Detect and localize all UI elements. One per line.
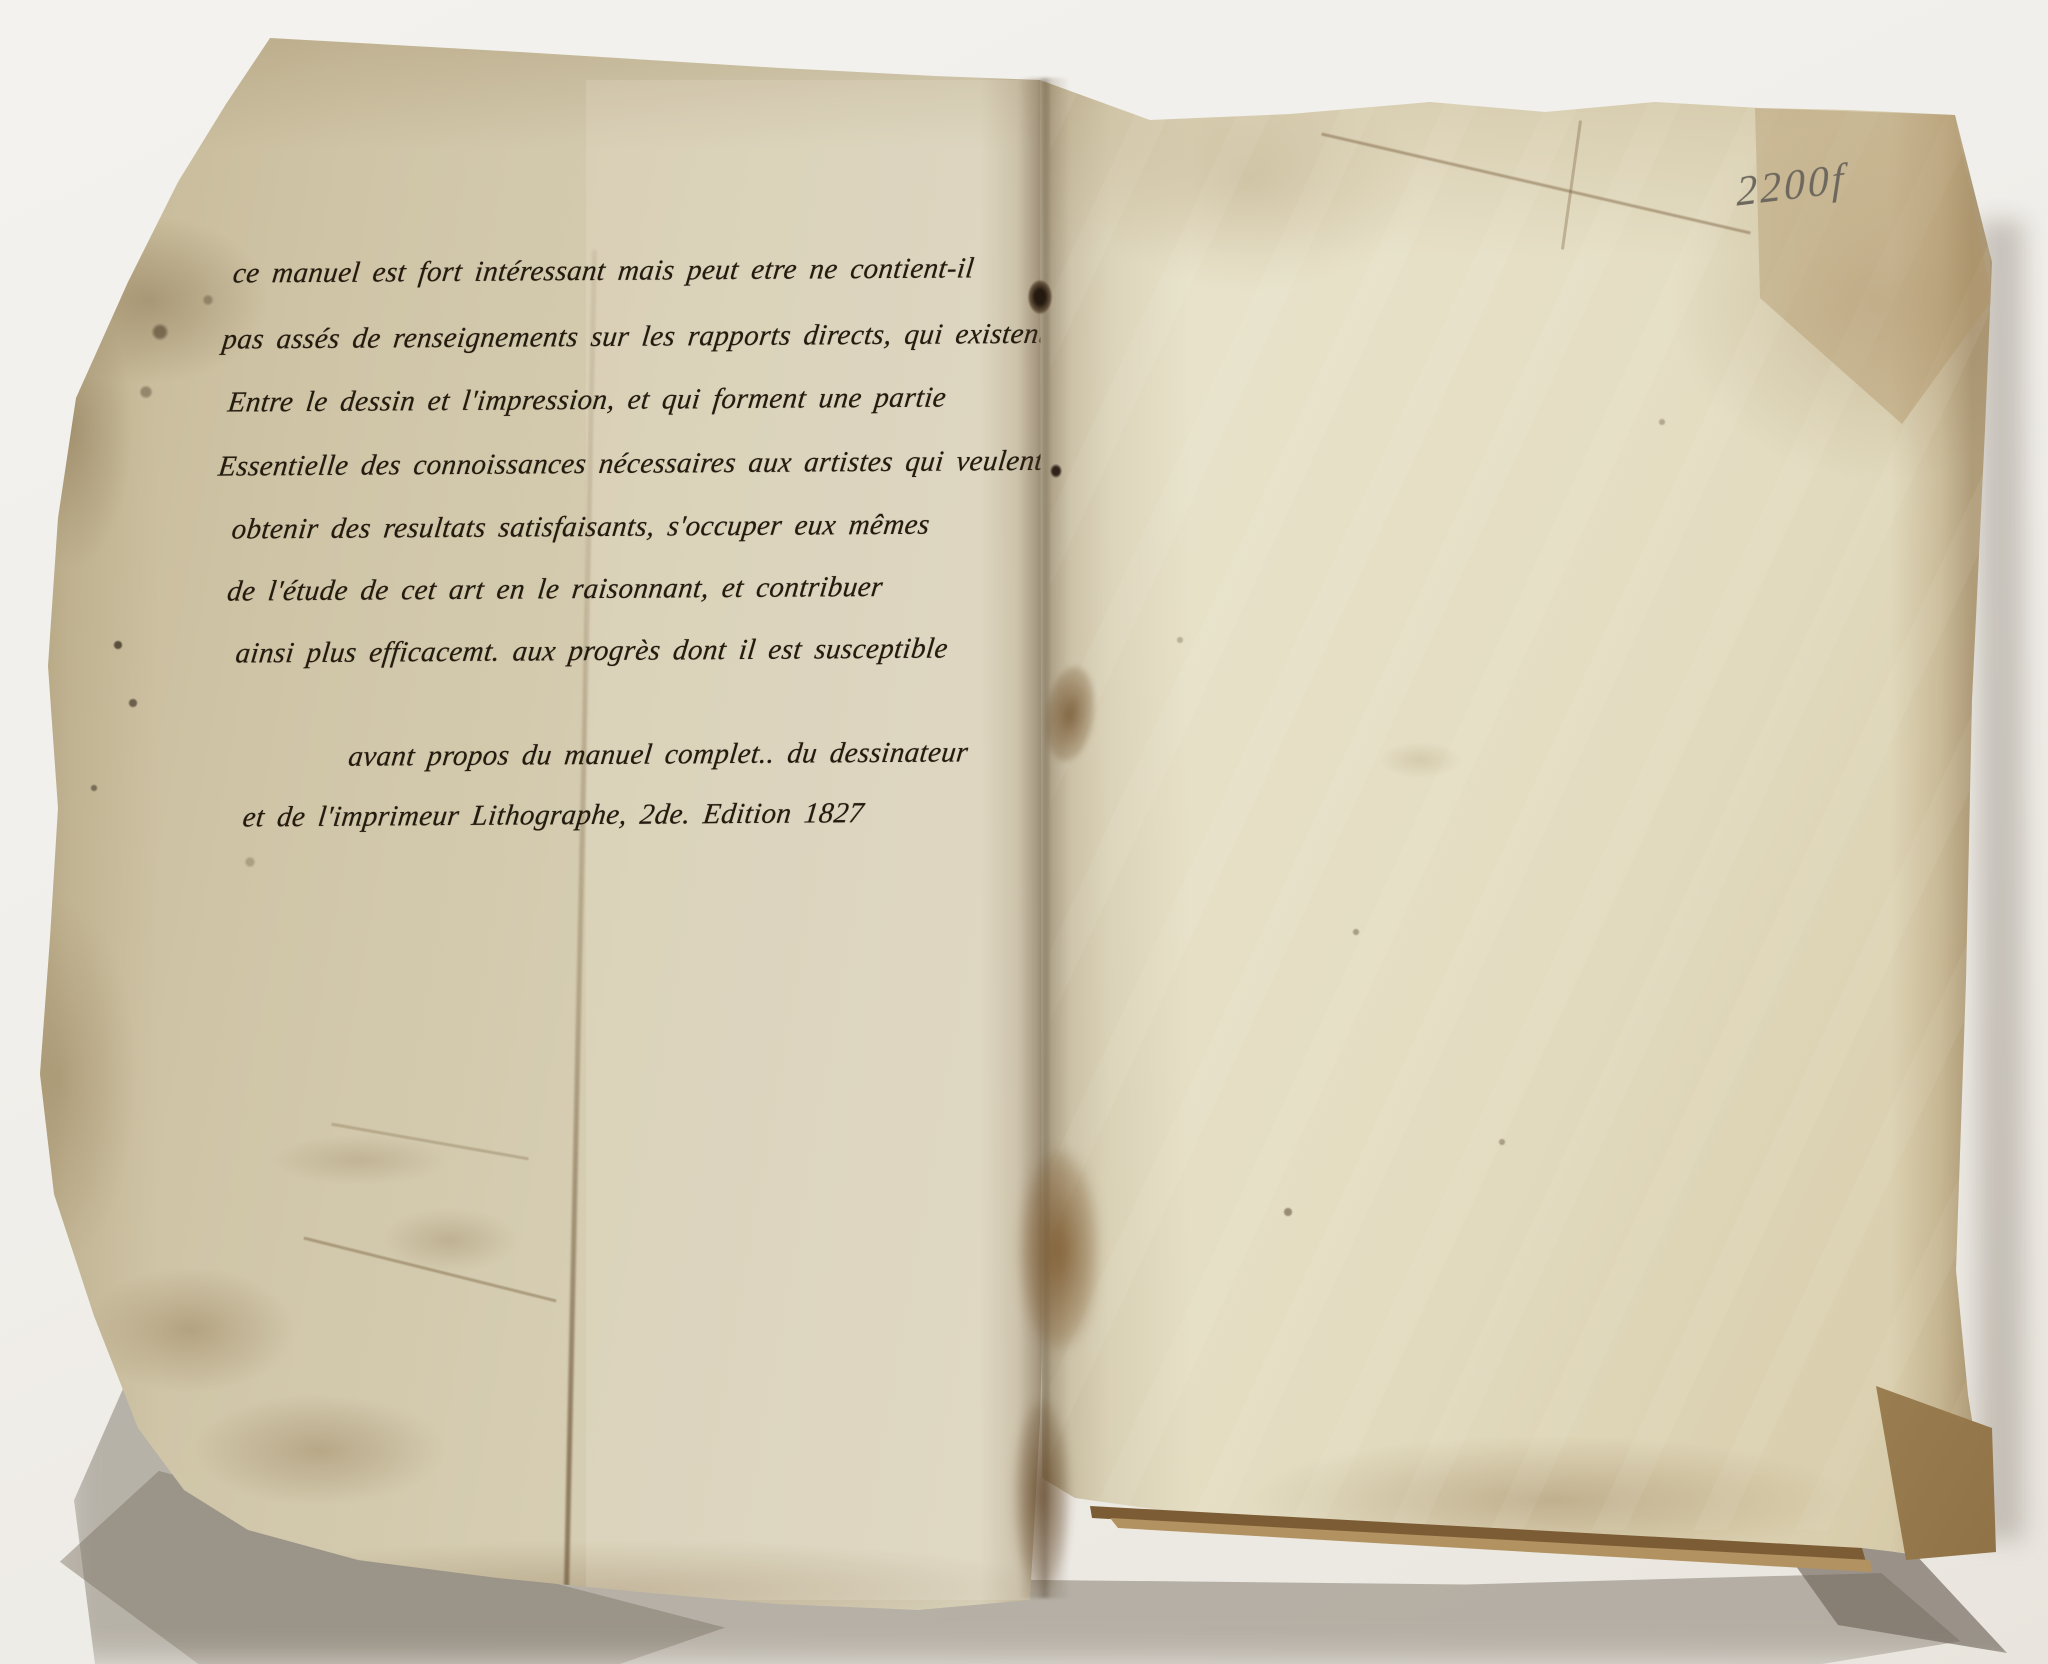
handwritten-line: ce manuel est fort intéressant mais peut… xyxy=(231,252,976,290)
handwritten-line: Essentielle des connoissances nécessaire… xyxy=(217,445,1045,484)
gutter-bottom-stain xyxy=(1014,1400,1070,1590)
handwritten-line: avant propos du manuel complet.. du dess… xyxy=(347,736,970,773)
handwritten-line: et de l'imprimeur Lithographe, 2de. Edit… xyxy=(241,797,866,834)
handwritten-line: obtenir des resultats satisfaisants, s'o… xyxy=(230,509,932,547)
handwritten-line: de l'étude de cet art en le raisonnant, … xyxy=(225,571,884,609)
photo-backdrop: ce manuel est fort intéressant mais peut… xyxy=(0,0,2048,1664)
sewing-stitch xyxy=(1050,464,1062,478)
handwritten-line: pas assés de renseignements sur les rapp… xyxy=(221,318,1050,357)
sewing-hole xyxy=(1028,280,1052,314)
handwritten-line: ainsi plus efficacemt. aux progrès dont … xyxy=(234,633,950,671)
handwritten-line: Entre le dessin et l'impression, et qui … xyxy=(226,382,948,420)
gutter-stain-blotch xyxy=(1020,1150,1098,1350)
